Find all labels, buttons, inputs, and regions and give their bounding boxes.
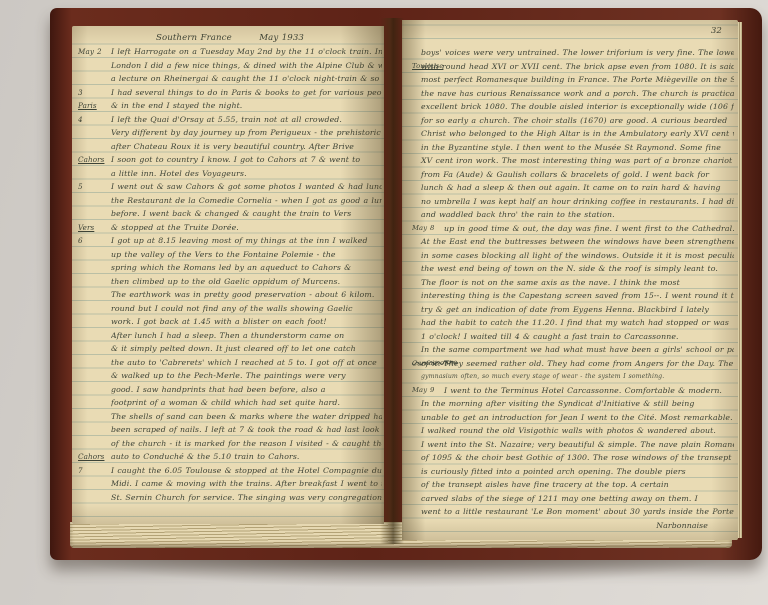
diary-line: before. I went back & changed & caught t… [78, 207, 382, 221]
diary-line: Cahors I soon got to country I know. I g… [78, 153, 382, 167]
diary-line: of 1095 & the choir best Gothic of 1300.… [412, 451, 734, 465]
diary-line: Very different by day journey up from Pe… [78, 126, 382, 140]
line-text: boys' voices were very untrained. The lo… [421, 48, 734, 57]
diary-line: 1 o'clock! I waited till 4 & caught a fa… [412, 330, 734, 344]
margin-note [78, 302, 111, 316]
diary-line: and waddled back thro' the rain to the s… [412, 208, 734, 222]
diary-line: 3 I had several things to do in Paris & … [78, 86, 382, 100]
margin-note: May 9 [412, 384, 434, 398]
line-text: At the East end the buttresses between t… [421, 237, 734, 246]
diary-line: 6 I got up at 8.15 leaving most of my th… [78, 234, 382, 248]
line-text: most perfect Romanesque building in Fran… [421, 75, 734, 84]
line-text: work. I got back at 1.45 with a blister … [111, 315, 382, 329]
diary-line: After lunch I had a sleep. Then a thunde… [78, 329, 382, 343]
line-text: round but I could not find any of the wa… [111, 302, 382, 316]
diary-line: XV cent iron work. The most interesting … [412, 154, 734, 168]
diary-line: footprint of a woman & child which had s… [78, 396, 382, 410]
line-text: Narbonnaise [656, 521, 708, 530]
line-text: lunch & had a sleep & then out again. It… [421, 183, 721, 192]
line-text: a lecture on Rheinergai & caught the 11 … [111, 72, 382, 86]
line-text: and waddled back thro' the rain to the s… [421, 210, 615, 219]
diary-line: up the valley of the Vers to the Fontain… [78, 248, 382, 262]
line-text: St. Sernin Church for service. The singi… [111, 491, 382, 505]
line-text: I left Harrogate on a Tuesday May 2nd by… [111, 45, 382, 59]
margin-note [78, 410, 111, 424]
diary-line: Paris & in the end I stayed the night. [78, 99, 382, 113]
line-text: & walked up to the Pech-Merle. The paint… [111, 369, 382, 383]
line-text: Very different by day journey up from Pe… [111, 126, 382, 140]
diary-line: The floor is not on the same axis as the… [412, 276, 734, 290]
line-text: in the Byzantine style. I then went to t… [421, 143, 721, 152]
diary-line: Toulouse with round head XVI or XVII cen… [412, 60, 734, 74]
margin-note [78, 59, 111, 73]
line-text: After lunch I had a sleep. Then a thunde… [111, 329, 382, 343]
line-text: I got up at 8.15 leaving most of my thin… [111, 234, 382, 248]
diary-line: May 9 I went to the Terminus Hotel Carca… [412, 384, 734, 398]
line-text: carved slabs of the siege of 1211 may on… [421, 494, 698, 503]
diary-line: went to a little restaurant 'Le Bon mome… [412, 505, 734, 519]
line-text: the nave has curious Renaissance work an… [421, 89, 734, 98]
diary-line: after Chateau Roux it is very beautiful … [78, 140, 382, 154]
line-text: & in the end I stayed the night. [111, 99, 382, 113]
line-text: is curiously fitted into a pointed arch … [421, 467, 686, 476]
line-text: of it. They seemed rather old. They had … [421, 359, 733, 368]
line-text: I had several things to do in Paris & bo… [111, 86, 382, 100]
diary-line: I walked round the old Visigothic walls … [412, 424, 734, 438]
margin-note: Cahors [78, 153, 111, 167]
line-text: excellent brick 1080. The double aisled … [421, 102, 734, 111]
diary-line: the auto to 'Cabrerets' which I reached … [78, 356, 382, 370]
line-text: the west end being of town on the N. sid… [421, 264, 718, 273]
diary-line: 4 I left the Quai d'Orsay at 5.55, train… [78, 113, 382, 127]
margin-note [78, 167, 111, 181]
diary-line: & walked up to the Pech-Merle. The paint… [78, 369, 382, 383]
diary-line: work. I got back at 1.45 with a blister … [78, 315, 382, 329]
margin-note: Paris [78, 99, 111, 113]
diary-line: London I did a few nice things, & dined … [78, 59, 382, 73]
diary-line: no umbrella I was kept half an hour drin… [412, 195, 734, 209]
diary-line: in the Byzantine style. I then went to t… [412, 141, 734, 155]
margin-note [78, 396, 111, 410]
line-text: had the habit to catch the 11.20. I find… [421, 318, 729, 327]
line-text: & stopped at the Truite Dorée. [111, 221, 382, 235]
diary-line: of the transept aisles have fine tracery… [412, 478, 734, 492]
line-text: up in good time & out, the day was fine.… [444, 224, 734, 233]
diary-line: Carcassonne of it. They seemed rather ol… [412, 357, 734, 371]
line-text: the Restaurant de la Comedie Cornelia - … [111, 194, 382, 208]
line-text: of the church - it is marked for the rea… [111, 437, 382, 451]
left-page: Southern France May 1933 May 2 I left Ha… [72, 26, 384, 524]
line-text: I soon got to country I know. I got to C… [111, 153, 382, 167]
diary-line: the Restaurant de la Comedie Cornelia - … [78, 194, 382, 208]
line-text: after Chateau Roux it is very beautiful … [111, 140, 382, 154]
line-text: I caught the 6.05 Toulouse & stopped at … [111, 464, 382, 478]
diary-line: then climbed up to the old Gaelic oppidu… [78, 275, 382, 289]
margin-note: 3 [78, 86, 111, 100]
margin-note [78, 437, 111, 451]
line-text: & it simply pelted down. It just cleared… [111, 342, 382, 356]
diary-line: for so early a church. The choir stalls … [412, 114, 734, 128]
line-text: The shells of sand can been & marks wher… [111, 410, 382, 424]
line-text: spring which the Romans led by an aquedu… [111, 261, 382, 275]
line-text: been scraped of nails. I left at 7 & too… [111, 423, 382, 437]
margin-note [78, 140, 111, 154]
line-text: with round head XVI or XVII cent. The br… [421, 62, 734, 71]
line-text: The earthwork was in pretty good preserv… [111, 288, 382, 302]
margin-note: May 2 [78, 45, 111, 59]
diary-line: Midi. I came & moving with the trains. A… [78, 477, 382, 491]
right-page-lines: boys' voices were very untrained. The lo… [412, 46, 734, 532]
diary-line: from Fa (Aude) & Gaulish collars & brace… [412, 168, 734, 182]
margin-note: May 8 [412, 222, 434, 236]
diary-line: May 8 up in good time & out, the day was… [412, 222, 734, 236]
margin-note: Carcassonne [412, 357, 457, 371]
diary-line: & it simply pelted down. It just cleared… [78, 342, 382, 356]
margin-note [78, 491, 111, 505]
diary-line: the nave has curious Renaissance work an… [412, 87, 734, 101]
line-text: I left the Quai d'Orsay at 5.55, train n… [111, 113, 382, 127]
diary-line: good. I saw handprints that had been bef… [78, 383, 382, 397]
diary-line: been scraped of nails. I left at 7 & too… [78, 423, 382, 437]
diary-line: St. Sernin Church for service. The singi… [78, 491, 382, 505]
line-text: good. I saw handprints that had been bef… [111, 383, 382, 397]
margin-note [78, 194, 111, 208]
diary-line: The earthwork was in pretty good preserv… [78, 288, 382, 302]
margin-note [78, 275, 111, 289]
diary-line: lunch & had a sleep & then out again. It… [412, 181, 734, 195]
line-text: The floor is not on the same axis as the… [421, 278, 680, 287]
diary-line: spring which the Romans led by an aquedu… [78, 261, 382, 275]
margin-note [78, 356, 111, 370]
line-text: in some cases blocking all light of the … [421, 251, 734, 260]
diary-line: I went into the St. Nazaire; very beauti… [412, 438, 734, 452]
diary-line: most perfect Romanesque building in Fran… [412, 73, 734, 87]
left-page-lines: May 2 I left Harrogate on a Tuesday May … [78, 45, 382, 504]
line-text: In the morning after visiting the Syndic… [421, 399, 694, 408]
line-text: Midi. I came & moving with the trains. A… [111, 477, 382, 491]
margin-note [78, 423, 111, 437]
diary-book: Southern France May 1933 May 2 I left Ha… [50, 8, 762, 560]
margin-note [78, 315, 111, 329]
line-text: London I did a few nice things, & dined … [111, 59, 382, 73]
diary-line: a little inn. Hotel des Voyageurs. [78, 167, 382, 181]
diary-line: Narbonnaise [412, 519, 734, 533]
margin-note [78, 288, 111, 302]
line-text: I went out & saw Cahors & got some photo… [111, 180, 382, 194]
diary-line: excellent brick 1080. The double aisled … [412, 100, 734, 114]
diary-line: try & get an indication of date from Eyg… [412, 303, 734, 317]
margin-note [78, 126, 111, 140]
line-text: up the valley of the Vers to the Fontain… [111, 248, 382, 262]
margin-note [78, 369, 111, 383]
line-text: of 1095 & the choir best Gothic of 1300.… [421, 453, 731, 462]
right-page: 32 boys' voices were very untrained. The… [402, 20, 738, 540]
line-text: interesting thing is the Capestang scree… [421, 291, 734, 300]
line-text: no umbrella I was kept half an hour drin… [421, 197, 734, 206]
line-text: I went into the St. Nazaire; very beauti… [421, 440, 734, 449]
line-text: for so early a church. The choir stalls … [421, 116, 727, 125]
line-text: of the transept aisles have fine tracery… [421, 480, 669, 489]
margin-note [78, 261, 111, 275]
line-text: In the same compartment we had what must… [421, 345, 734, 354]
line-text: try & get an indication of date from Eyg… [421, 305, 709, 314]
margin-note [78, 342, 111, 356]
line-text: auto to Conduché & the 5.10 train to Cah… [111, 450, 382, 464]
diary-line: Christ who belonged to the High Altar is… [412, 127, 734, 141]
diary-line: gymnasium often, so much every stage of … [412, 370, 734, 384]
margin-note: 7 [78, 464, 111, 478]
line-text: unable to get an introduction for Jean I… [421, 413, 733, 422]
page-title: Southern France May 1933 [78, 31, 382, 45]
line-text: XV cent iron work. The most interesting … [421, 156, 732, 165]
diary-line: In the same compartment we had what must… [412, 343, 734, 357]
diary-line: a lecture on Rheinergai & caught the 11 … [78, 72, 382, 86]
line-text: I went to the Terminus Hotel Carcassonne… [444, 386, 722, 395]
line-text: a little inn. Hotel des Voyageurs. [111, 167, 382, 181]
line-text: Christ who belonged to the High Altar is… [421, 129, 734, 138]
page-number: 32 [711, 26, 722, 36]
diary-line: May 2 I left Harrogate on a Tuesday May … [78, 45, 382, 59]
margin-note [78, 477, 111, 491]
diary-line: 5 I went out & saw Cahors & got some pho… [78, 180, 382, 194]
line-text: then climbed up to the old Gaelic oppidu… [111, 275, 382, 289]
margin-note: 6 [78, 234, 111, 248]
diary-line: the west end being of town on the N. sid… [412, 262, 734, 276]
diary-line: In the morning after visiting the Syndic… [412, 397, 734, 411]
diary-line: boys' voices were very untrained. The lo… [412, 46, 734, 60]
margin-note: 5 [78, 180, 111, 194]
margin-note: 4 [78, 113, 111, 127]
margin-note: Cahors [78, 450, 111, 464]
diary-line: 7 I caught the 6.05 Toulouse & stopped a… [78, 464, 382, 478]
margin-note: Vers [78, 221, 111, 235]
diary-line: At the East end the buttresses between t… [412, 235, 734, 249]
diary-line: Cahors auto to Conduché & the 5.10 train… [78, 450, 382, 464]
line-text: footprint of a woman & child which had s… [111, 396, 382, 410]
diary-line: round but I could not find any of the wa… [78, 302, 382, 316]
diary-line: had the habit to catch the 11.20. I find… [412, 316, 734, 330]
margin-note [78, 72, 111, 86]
line-text: I walked round the old Visigothic walls … [421, 426, 716, 435]
diary-line: Vers & stopped at the Truite Dorée. [78, 221, 382, 235]
line-text: the auto to 'Cabrerets' which I reached … [111, 356, 382, 370]
line-text: 1 o'clock! I waited till 4 & caught a fa… [421, 332, 679, 341]
diary-line: in some cases blocking all light of the … [412, 249, 734, 263]
line-text: from Fa (Aude) & Gaulish collars & brace… [421, 170, 709, 179]
margin-note: Toulouse [412, 60, 443, 74]
line-text: went to a little restaurant 'Le Bon mome… [421, 507, 734, 516]
diary-line: carved slabs of the siege of 1211 may on… [412, 492, 734, 506]
margin-note [78, 248, 111, 262]
margin-note [78, 207, 111, 221]
diary-line: of the church - it is marked for the rea… [78, 437, 382, 451]
diary-line: interesting thing is the Capestang scree… [412, 289, 734, 303]
diary-line: is curiously fitted into a pointed arch … [412, 465, 734, 479]
diary-line: The shells of sand can been & marks wher… [78, 410, 382, 424]
margin-note [78, 329, 111, 343]
line-text: gymnasium often, so much every stage of … [421, 373, 664, 380]
line-text: before. I went back & changed & caught t… [111, 207, 382, 221]
margin-note [78, 383, 111, 397]
diary-line: unable to get an introduction for Jean I… [412, 411, 734, 425]
